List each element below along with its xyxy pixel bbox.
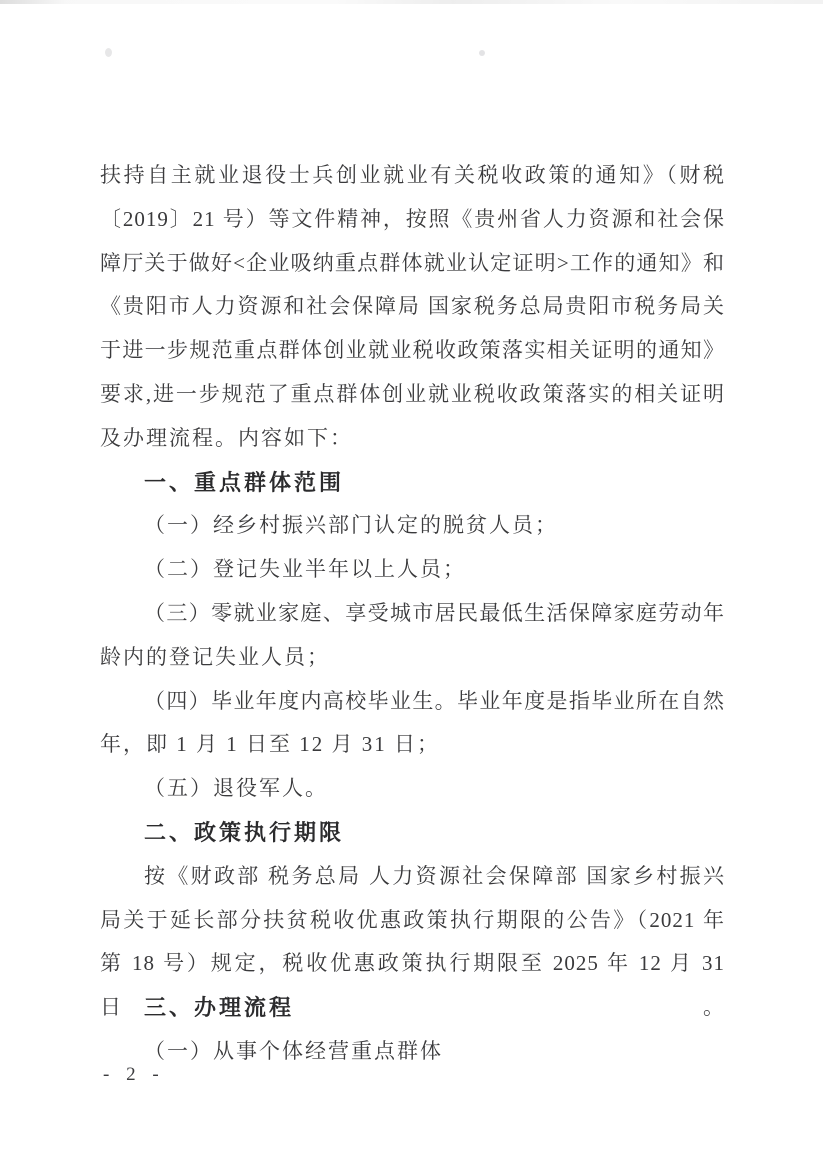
text-line: 扶持自主就业退役士兵创业就业有关税收政策的通知》（财税	[100, 154, 725, 198]
scan-artifact-top-edge	[0, 0, 823, 4]
section-heading: 二、政策执行期限	[100, 811, 725, 855]
text-line: 及办理流程。内容如下：	[100, 417, 725, 461]
text-line: （一）经乡村振兴部门认定的脱贫人员；	[100, 504, 725, 548]
document-page: 扶持自主就业退役士兵创业就业有关税收政策的通知》（财税〔2019〕21 号）等文…	[0, 0, 823, 1164]
page-number: - 2 -	[103, 1064, 165, 1086]
text-line: 障厅关于做好<企业吸纳重点群体就业认定证明>工作的通知》和	[100, 242, 725, 286]
text-line: 《贵阳市人力资源和社会保障局 国家税务总局贵阳市税务局关	[100, 285, 725, 329]
text-line: 龄内的登记失业人员；	[100, 636, 725, 680]
scan-speck	[105, 48, 112, 57]
document-body: 扶持自主就业退役士兵创业就业有关税收政策的通知》（财税〔2019〕21 号）等文…	[100, 154, 725, 1074]
section-heading: 一、重点群体范围	[100, 461, 725, 505]
text-line: 第 18 号）规定，税收优惠政策执行期限至 2025 年 12 月 31 日。	[100, 942, 725, 986]
text-line: 按《财政部 税务总局 人力资源社会保障部 国家乡村振兴	[100, 855, 725, 899]
text-line: 〔2019〕21 号）等文件精神，按照《贵州省人力资源和社会保	[100, 198, 725, 242]
text-line: （二）登记失业半年以上人员；	[100, 548, 725, 592]
text-line: 要求,进一步规范了重点群体创业就业税收政策落实的相关证明	[100, 373, 725, 417]
text-line: 年，即 1 月 1 日至 12 月 31 日；	[100, 723, 725, 767]
text-line: （三）零就业家庭、享受城市居民最低生活保障家庭劳动年	[100, 592, 725, 636]
scan-speck	[479, 50, 485, 56]
text-line: （一）从事个体经营重点群体	[100, 1030, 725, 1074]
text-line: （五）退役军人。	[100, 767, 725, 811]
text-line: 于进一步规范重点群体创业就业税收政策落实相关证明的通知》	[100, 329, 725, 373]
text-line: （四）毕业年度内高校毕业生。毕业年度是指毕业所在自然	[100, 680, 725, 724]
text-line: 局关于延长部分扶贫税收优惠政策执行期限的公告》（2021 年	[100, 899, 725, 943]
